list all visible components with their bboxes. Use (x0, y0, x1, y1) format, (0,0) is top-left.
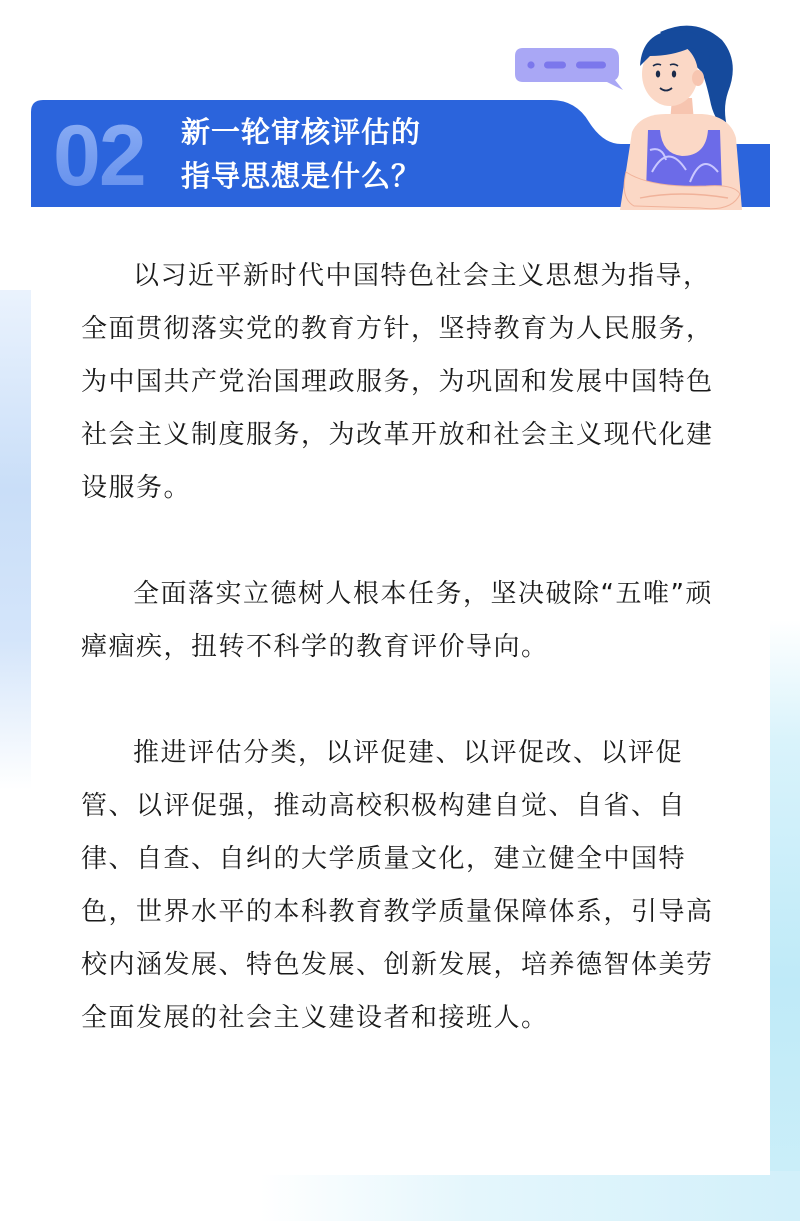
paragraph-moral-education: 全面落实立德树人根本任务，坚决破除“五唯”顽瘴痼疾，扭转不科学的教育评价导向。 (81, 568, 721, 674)
speech-bubble-icon (513, 46, 625, 92)
section-title-line-1: 新一轮审核评估的 (181, 110, 421, 154)
section-number: 02 (53, 108, 145, 204)
section-title-line-2: 指导思想是什么？ (181, 154, 421, 198)
background-gradient-bottom (260, 1171, 800, 1221)
section-title: 新一轮审核评估的 指导思想是什么？ (181, 110, 421, 198)
background-gradient-left (0, 290, 32, 790)
woman-illustration (610, 22, 760, 212)
paragraph-evaluation-classification: 推进评估分类，以评促建、以评促改、以评促管、以评促强，推动高校积极构建自觉、自省… (81, 727, 721, 1045)
paragraph-guiding-thought: 以习近平新时代中国特色社会主义思想为指导，全面贯彻落实党的教育方针，坚持教育为人… (81, 250, 721, 515)
article-body: 以习近平新时代中国特色社会主义思想为指导，全面贯彻落实党的教育方针，坚持教育为人… (81, 250, 721, 1045)
